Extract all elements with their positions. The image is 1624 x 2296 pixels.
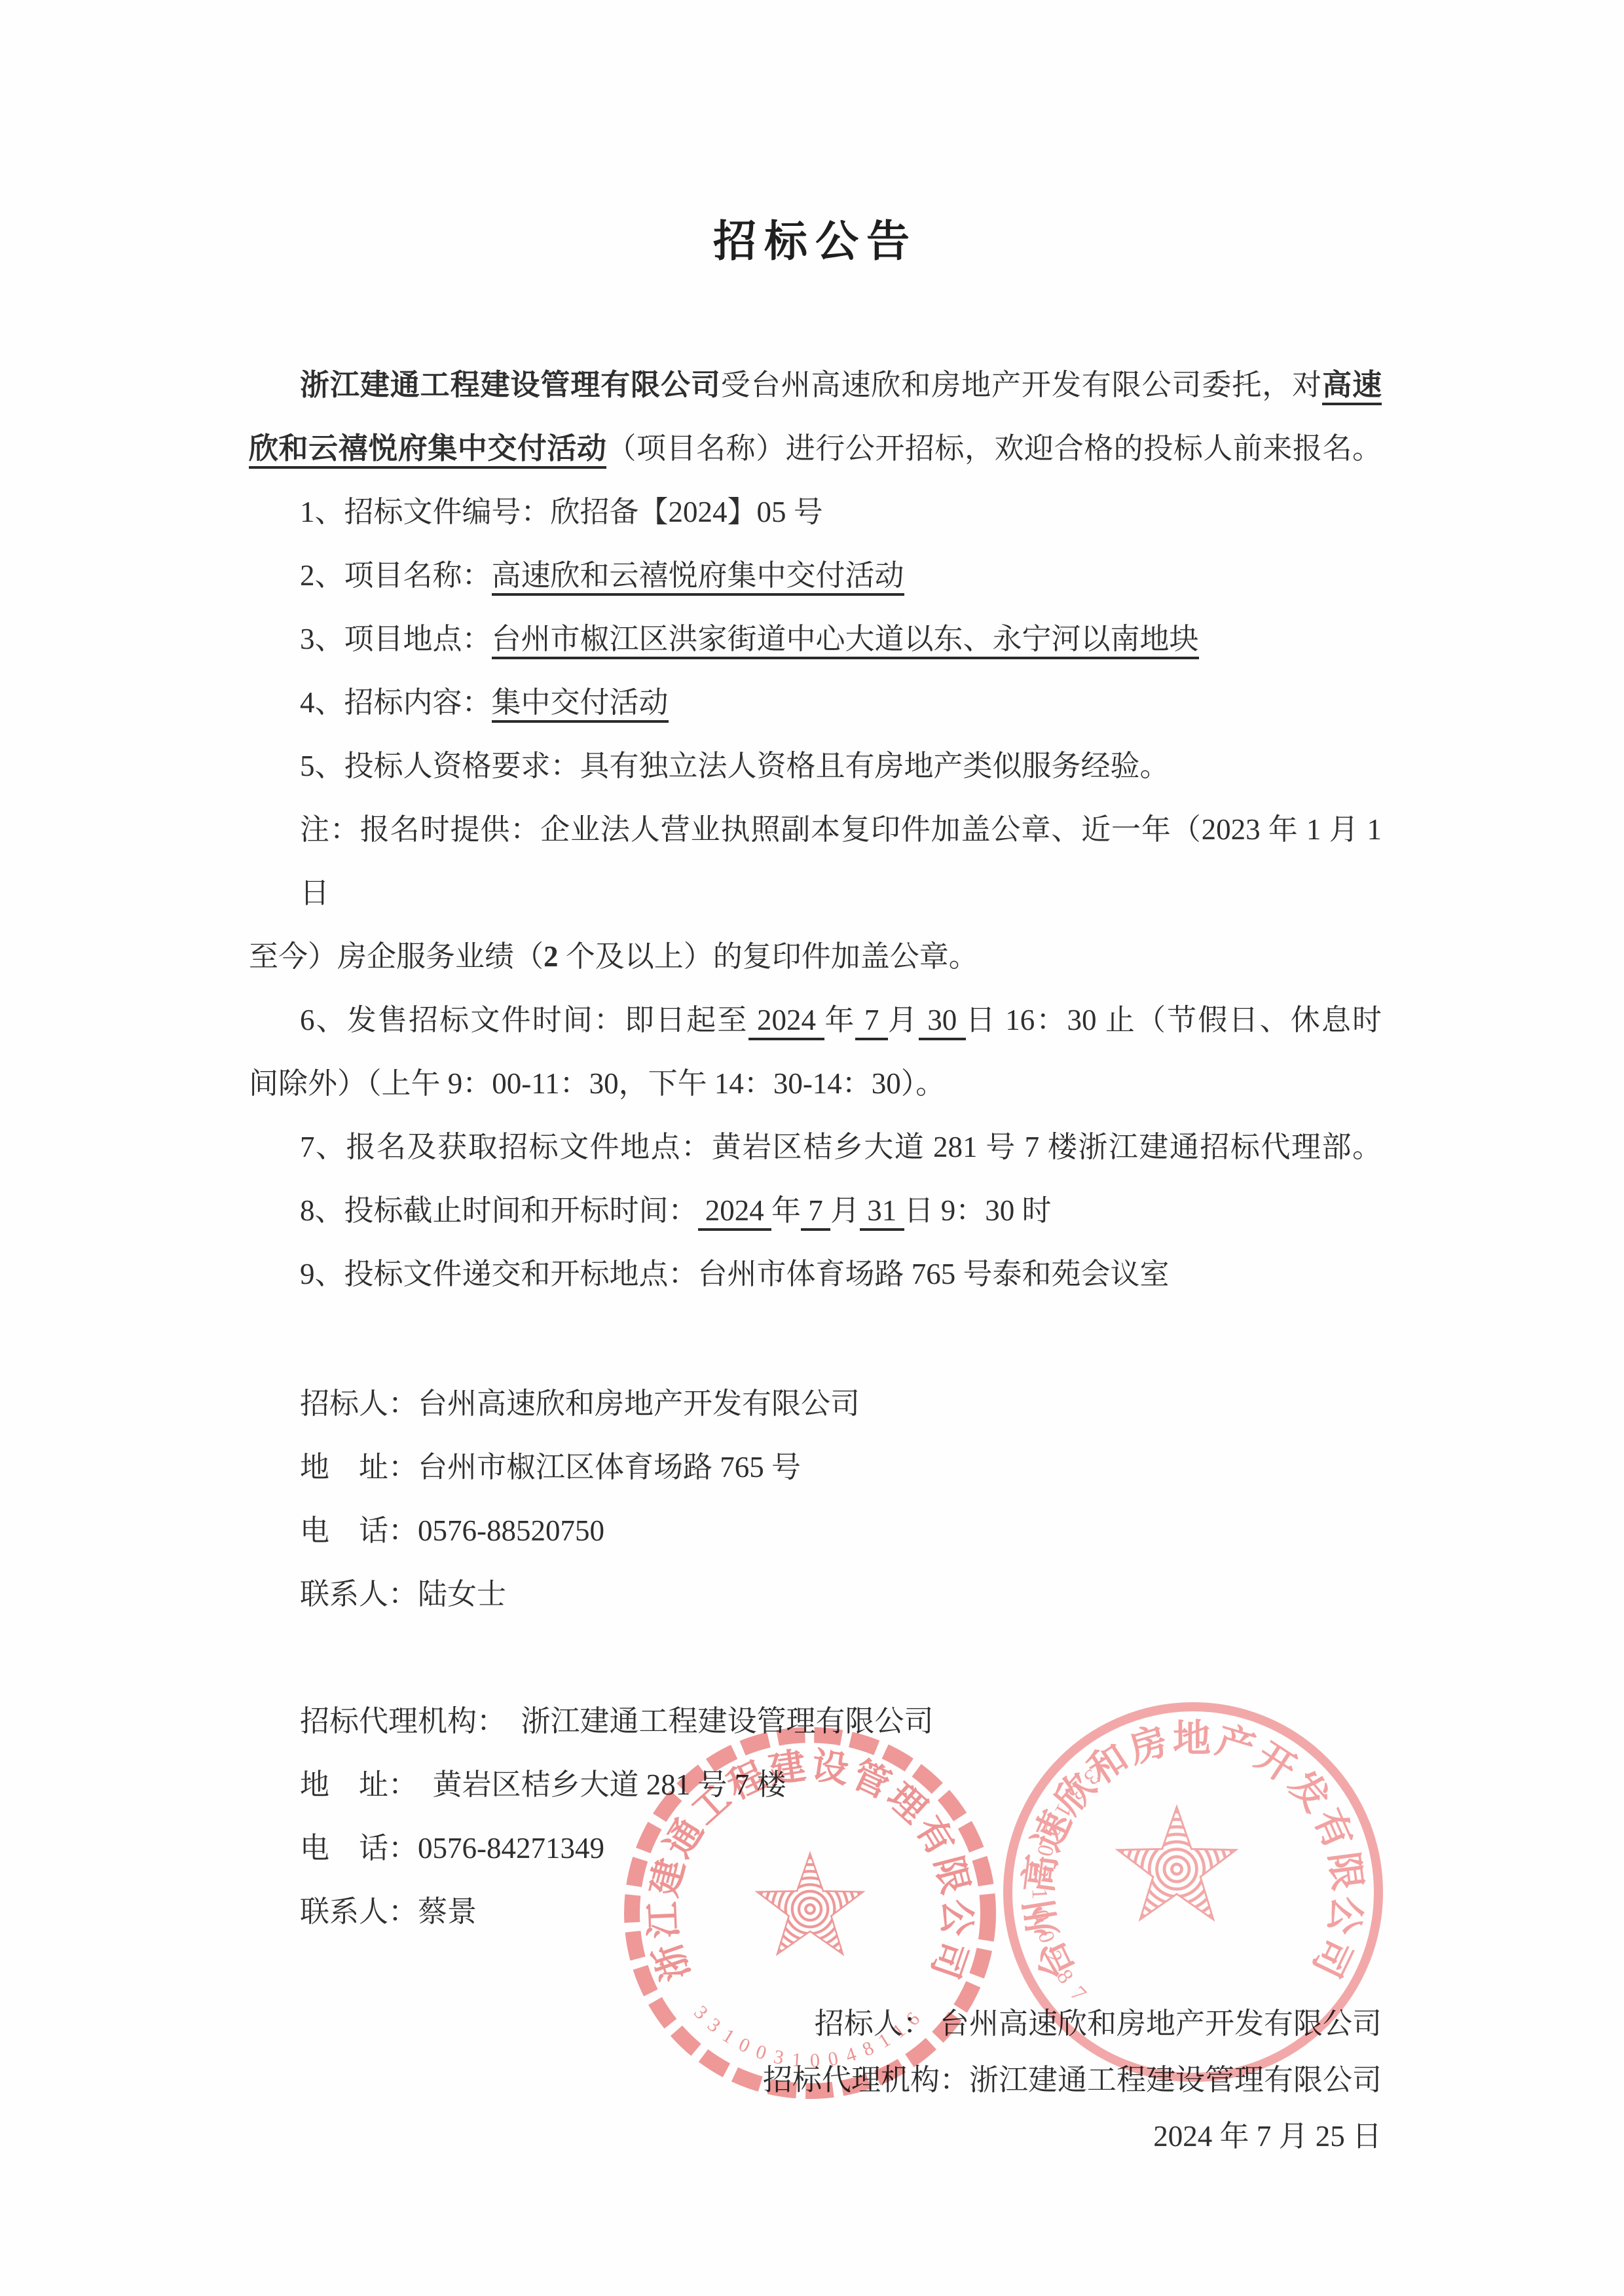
sale-time-tail: 日 16：30 止（节假日、休息时: [966, 1004, 1382, 1036]
agency-company-name: 浙江建通工程建设管理有限公司: [300, 369, 721, 401]
intro-text: 受台州高速欣和房地产开发有限公司委托，对: [721, 369, 1322, 401]
agency-seal: 浙江建通工程建设管理有限公司 33100310048116: [614, 1717, 1006, 2109]
item-tender-content: 4、招标内容：集中交付活动: [249, 671, 1382, 735]
bidder-info-section: 招标人：台州高速欣和房地产开发有限公司 地 址：台州市椒江区体育场路 765 号…: [249, 1372, 1382, 1626]
page-title: 招标公告: [249, 216, 1382, 268]
month-unit: 月: [888, 1004, 919, 1036]
item-doc-sale-time-line2: 间除外）（上午 9：00-11：30，下午 14：30-14：30）。: [249, 1052, 1382, 1116]
item-label: 8、投标截止时间和开标时间：: [300, 1194, 698, 1227]
note-text-tail: 个及以上）的复印件加盖公章。: [566, 940, 978, 973]
item-doc-number: 1、招标文件编号：欣招备【2024】05 号: [249, 481, 1382, 544]
note-line1: 注：报名时提供：企业法人营业执照副本复印件加盖公章、近一年（2023 年 1 月…: [249, 798, 1382, 925]
sale-day: 30: [919, 1004, 966, 1040]
bidder-seal: 台州高速欣和房地产开发有限公司 331002100287: [990, 1689, 1396, 2095]
bidder-contact-line: 联系人：陆女士: [249, 1563, 1382, 1626]
year-unit: 年: [771, 1194, 801, 1227]
scanned-tender-document-page: 招标公告 浙江建通工程建设管理有限公司受台州高速欣和房地产开发有限公司委托，对高…: [0, 0, 1624, 2296]
deadline-month: 7: [801, 1194, 830, 1231]
bidder-phone-line: 电 话：0576-88520750: [249, 1499, 1382, 1563]
item-bid-deadline: 8、投标截止时间和开标时间： 2024 年 7 月 31 日 9：30 时: [249, 1179, 1382, 1243]
item-label: 4、招标内容：: [300, 686, 492, 719]
item-label: 2、项目名称：: [300, 559, 492, 592]
item-project-name: 2、项目名称：高速欣和云禧悦府集中交付活动: [249, 544, 1382, 608]
closing-date-line: 2024 年 7 月 25 日: [249, 2108, 1387, 2164]
star-icon: [752, 1851, 868, 1967]
project-location-value: 台州市椒江区洪家街道中心大道以东、永宁河以南地块: [492, 623, 1199, 659]
item-project-location: 3、项目地点：台州市椒江区洪家街道中心大道以东、永宁河以南地块: [249, 608, 1382, 671]
project-name-value: 高速欣和云禧悦府集中交付活动: [492, 559, 904, 596]
note-line2: 至今）房企服务业绩（2 个及以上）的复印件加盖公章。: [249, 925, 1382, 989]
bidder-address-line: 地 址：台州市椒江区体育场路 765 号: [249, 1436, 1382, 1499]
item-bidder-qualification: 5、投标人资格要求：具有独立法人资格且有房地产类似服务经验。: [249, 735, 1382, 798]
sale-month: 7: [855, 1004, 887, 1040]
intro-paragraph-line2: 欣和云禧悦府集中交付活动（项目名称）进行公开招标，欢迎合格的投标人前来报名。: [249, 417, 1382, 481]
tender-content-value: 集中交付活动: [492, 686, 669, 723]
deadline-tail: 日 9：30 时: [904, 1194, 1052, 1227]
intro-text-tail: （项目名称）进行公开招标，欢迎合格的投标人前来报名。: [606, 432, 1382, 465]
bidder-name-line: 招标人：台州高速欣和房地产开发有限公司: [249, 1372, 1382, 1436]
item-label: 3、项目地点：: [300, 623, 492, 655]
item-bid-opening-place: 9、投标文件递交和开标地点：台州市体育场路 765 号泰和苑会议室: [249, 1243, 1382, 1306]
sale-year: 2024: [748, 1004, 825, 1040]
item-registration-place: 7、报名及获取招标文件地点：黄岩区桔乡大道 281 号 7 楼浙江建通招标代理部…: [249, 1116, 1382, 1179]
star-icon: [1112, 1804, 1242, 1934]
deadline-year: 2024: [698, 1194, 772, 1231]
month-unit: 月: [830, 1194, 860, 1227]
deadline-day: 31: [860, 1194, 904, 1231]
project-name-part1: 高速: [1322, 369, 1382, 405]
item-label: 6、发售招标文件时间：即日起至: [300, 1004, 748, 1036]
note-min-count: 2: [544, 940, 566, 973]
year-unit: 年: [824, 1004, 855, 1036]
intro-paragraph-line1: 浙江建通工程建设管理有限公司受台州高速欣和房地产开发有限公司委托，对高速: [249, 354, 1382, 417]
item-doc-sale-time-line1: 6、发售招标文件时间：即日起至 2024 年 7 月 30 日 16：30 止（…: [249, 989, 1382, 1052]
project-name-part2: 欣和云禧悦府集中交付活动: [249, 432, 606, 469]
note-text: 至今）房企服务业绩（: [249, 940, 544, 973]
